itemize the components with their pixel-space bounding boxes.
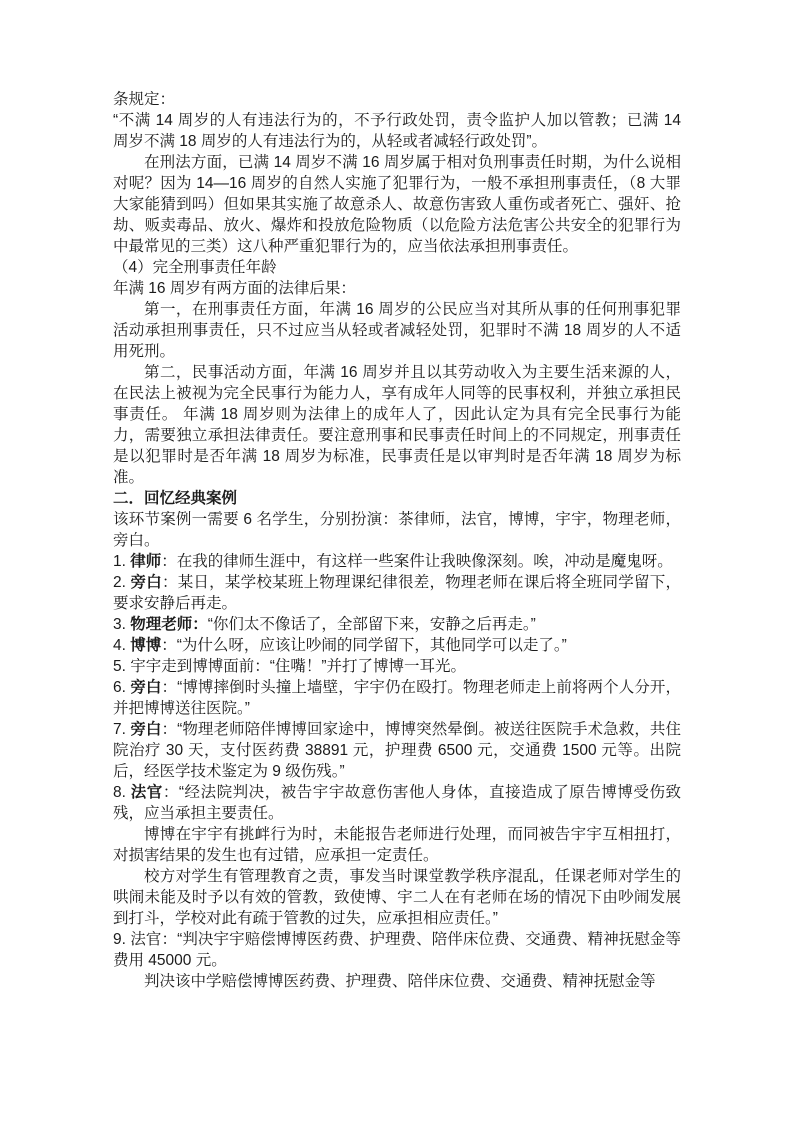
- paragraph: 校方对学生有管理教育之责，事发当时课堂教学秩序混乱，任课老师对学生的哄闹未能及时…: [113, 866, 681, 929]
- bold-text-run: 物理老师：: [130, 616, 208, 633]
- bold-text-run: 旁白: [130, 574, 161, 591]
- text-run: 校方对学生有管理教育之责，事发当时课堂教学秩序混乱，任课老师对学生的哄闹未能及时…: [113, 868, 681, 927]
- bold-text-run: 二．回忆经典案例: [113, 490, 237, 507]
- paragraph: 在刑法方面，已满 14 周岁不满 16 周岁属于相对负刑事责任时期，为什么说相对…: [113, 152, 681, 257]
- bold-text-run: 博博: [130, 637, 161, 654]
- text-run: 1.: [113, 553, 130, 570]
- paragraph: 7. 旁白：“物理老师陪伴博博回家途中，博博突然晕倒。被送往医院手术急救，共住院…: [113, 719, 681, 782]
- paragraph: 年满 16 周岁有两方面的法律后果：: [113, 278, 681, 299]
- text-run: 3.: [113, 616, 130, 633]
- text-run: 5. 宇宇走到博博面前：“住嘴！”并打了博博一耳光。: [113, 658, 466, 675]
- text-run: 6.: [113, 679, 130, 696]
- text-run: 在刑法方面，已满 14 周岁不满 16 周岁属于相对负刑事责任时期，为什么说相对…: [113, 154, 681, 255]
- paragraph: 4. 博博：“为什么呀，应该让吵闹的同学留下，其他同学可以走了。”: [113, 635, 681, 656]
- bold-text-run: 旁白: [130, 679, 161, 696]
- paragraph: 博博在宇宇有挑衅行为时，未能报告老师进行处理，而同被告宇宇互相扭打，对损害结果的…: [113, 824, 681, 866]
- text-run: 该环节案例一需要 6 名学生，分别扮演：茶律师，法官，博博，宇宇，物理老师，旁白…: [113, 511, 681, 549]
- document-page: 条规定：“不满 14 周岁的人有违法行为的，不予行政处罚，责令监护人加以管教；已…: [0, 0, 793, 1122]
- text-run: 7.: [113, 721, 130, 738]
- text-run: “不满 14 周岁的人有违法行为的，不予行政处罚，责令监护人加以管教；已满 14…: [113, 112, 681, 150]
- text-run: “你们太不像话了，全部留下来，安静之后再走。”: [208, 616, 536, 633]
- text-run: ：在我的律师生涯中，有这样一些案件让我映像深刻。唉，冲动是魔鬼呀。: [161, 553, 673, 570]
- text-run: 第一，在刑事责任方面，年满 16 周岁的公民应当对其所从事的任何刑事犯罪活动承担…: [113, 301, 681, 360]
- paragraph: 条规定：: [113, 89, 681, 110]
- paragraph: 9. 法官：“判决宇宇赔偿博博医药费、护理费、陪伴床位费、交通费、精神抚慰金等费…: [113, 929, 681, 971]
- paragraph: 1. 律师：在我的律师生涯中，有这样一些案件让我映像深刻。唉，冲动是魔鬼呀。: [113, 551, 681, 572]
- text-run: ：“物理老师陪伴博博回家途中，博博突然晕倒。被送往医院手术急救，共住院治疗 30…: [113, 721, 681, 780]
- text-run: ：“博博摔倒时头撞上墙壁，宇宇仍在殴打。物理老师走上前将两个人分开，并把博博送往…: [113, 679, 681, 717]
- text-run: 9. 法官：“判决宇宇赔偿博博医药费、护理费、陪伴床位费、交通费、精神抚慰金等费…: [113, 931, 681, 969]
- text-run: 4.: [113, 637, 130, 654]
- bold-text-run: 律师: [130, 553, 161, 570]
- text-run: 判决该中学赔偿博博医药费、护理费、陪伴床位费、交通费、精神抚慰金等: [144, 973, 656, 990]
- text-run: 2.: [113, 574, 130, 591]
- paragraph: 2. 旁白：某日，某学校某班上物理课纪律很差，物理老师在课后将全班同学留下，要求…: [113, 572, 681, 614]
- text-run: 年满 16 周岁有两方面的法律后果：: [113, 280, 356, 297]
- paragraph: 8. 法官：“经法院判决，被告宇宇故意伤害他人身体，直接造成了原告博博受伤致残，…: [113, 782, 681, 824]
- paragraph: 第一，在刑事责任方面，年满 16 周岁的公民应当对其所从事的任何刑事犯罪活动承担…: [113, 299, 681, 362]
- bold-text-run: 旁白: [130, 721, 161, 738]
- section-heading: 二．回忆经典案例: [113, 488, 681, 509]
- text-run: 条规定：: [113, 91, 175, 108]
- text-run: ：某日，某学校某班上物理课纪律很差，物理老师在课后将全班同学留下，要求安静后再走…: [113, 574, 681, 612]
- bold-text-run: 法官: [131, 784, 163, 801]
- text-run: ：“为什么呀，应该让吵闹的同学留下，其他同学可以走了。”: [161, 637, 567, 654]
- text-run: ：“经法院判决，被告宇宇故意伤害他人身体，直接造成了原告博博受伤致残，应当承担主…: [113, 784, 681, 822]
- paragraph: 判决该中学赔偿博博医药费、护理费、陪伴床位费、交通费、精神抚慰金等: [113, 971, 681, 992]
- paragraph: 5. 宇宇走到博博面前：“住嘴！”并打了博博一耳光。: [113, 656, 681, 677]
- paragraph: （4）完全刑事责任年龄: [113, 257, 681, 278]
- paragraph: 6. 旁白：“博博摔倒时头撞上墙壁，宇宇仍在殴打。物理老师走上前将两个人分开，并…: [113, 677, 681, 719]
- text-run: 博博在宇宇有挑衅行为时，未能报告老师进行处理，而同被告宇宇互相扭打，对损害结果的…: [113, 826, 681, 864]
- paragraph: 3. 物理老师：“你们太不像话了，全部留下来，安静之后再走。”: [113, 614, 681, 635]
- paragraph: 第二，民事活动方面，年满 16 周岁并且以其劳动收入为主要生活来源的人，在民法上…: [113, 362, 681, 488]
- paragraph: 该环节案例一需要 6 名学生，分别扮演：茶律师，法官，博博，宇宇，物理老师，旁白…: [113, 509, 681, 551]
- text-run: 8.: [113, 784, 131, 801]
- document-body: 条规定：“不满 14 周岁的人有违法行为的，不予行政处罚，责令监护人加以管教；已…: [113, 89, 681, 992]
- paragraph: “不满 14 周岁的人有违法行为的，不予行政处罚，责令监护人加以管教；已满 14…: [113, 110, 681, 152]
- text-run: 第二，民事活动方面，年满 16 周岁并且以其劳动收入为主要生活来源的人，在民法上…: [113, 364, 681, 486]
- text-run: （4）完全刑事责任年龄: [113, 259, 277, 276]
